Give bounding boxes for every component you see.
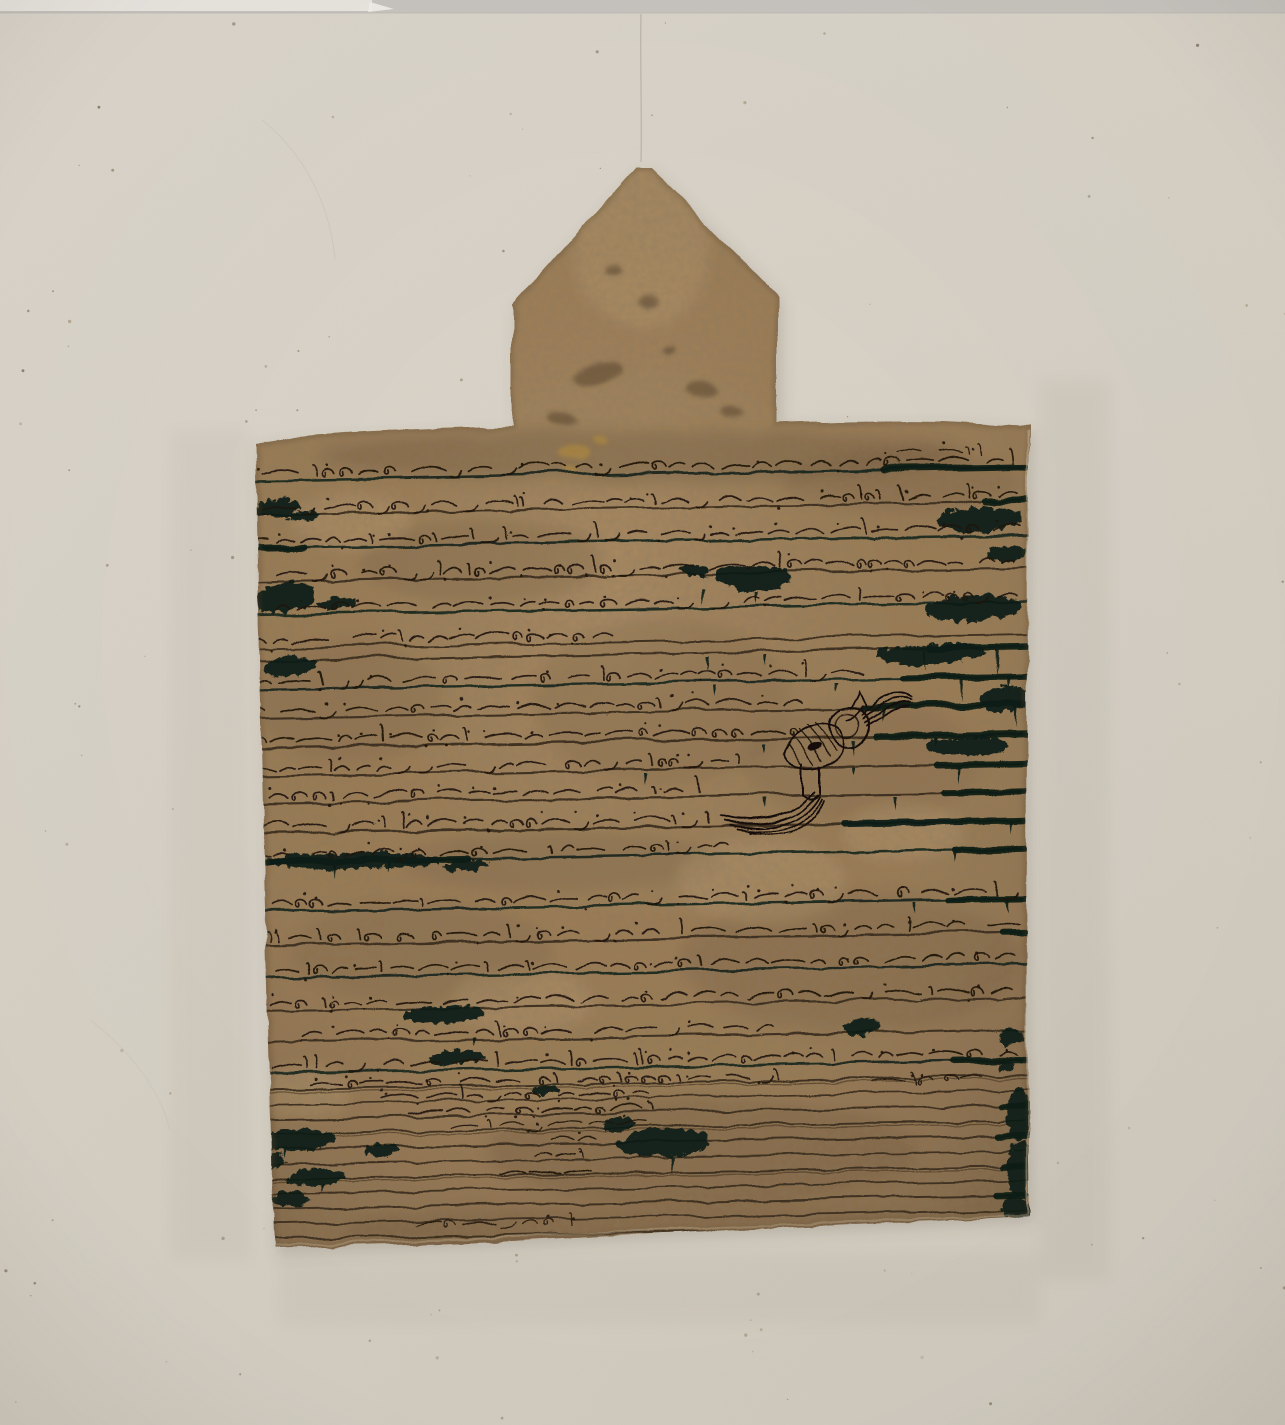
artwork-svg [0, 0, 1285, 1425]
photo-vignette [0, 0, 1285, 1425]
artwork-photo: Photograph of a house-shaped panel of br… [0, 0, 1285, 1425]
